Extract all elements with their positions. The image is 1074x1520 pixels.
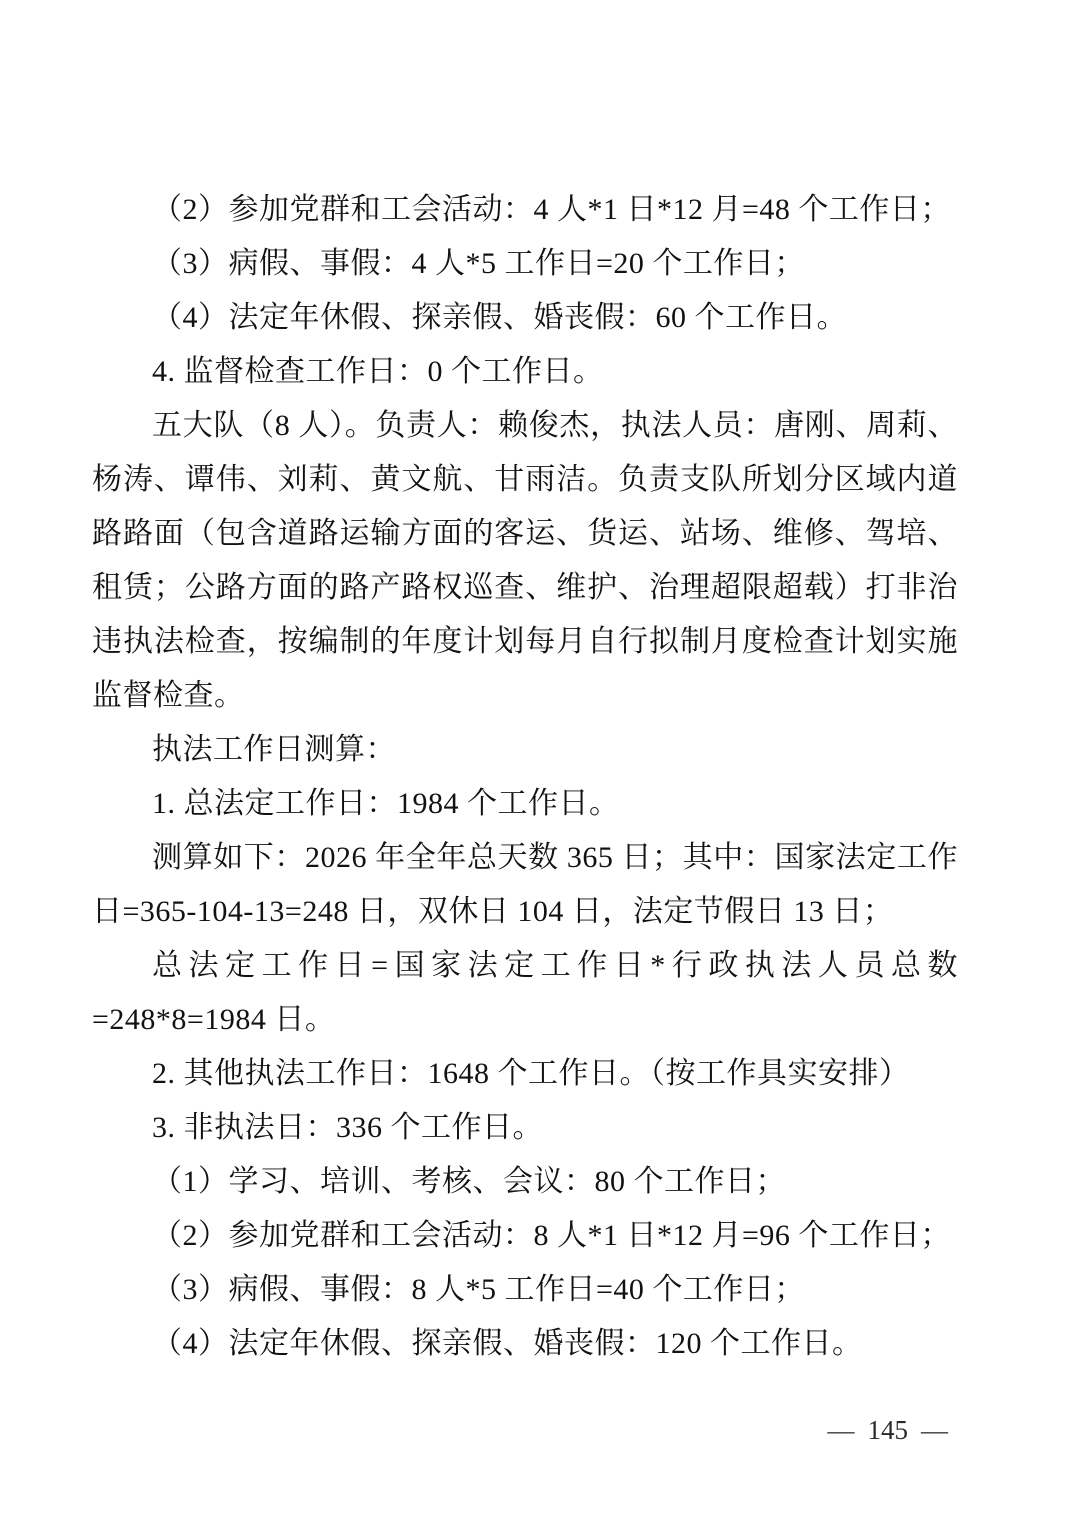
paragraph: （3）病假、事假：8 人*5 工作日=40 个工作日； [92,1263,958,1317]
text-line: （3）病假、事假：4 人*5 工作日=20 个工作日； [92,237,958,291]
text-line: 租赁；公路方面的路产路权巡查、维护、治理超限超载）打非治 [92,561,958,615]
paragraph: 4. 监督检查工作日：0 个工作日。 [92,345,958,399]
document-page: （2）参加党群和工会活动：4 人*1 日*12 月=48 个工作日；（3）病假、… [0,0,1074,1520]
paragraph: 3. 非执法日：336 个工作日。 [92,1101,958,1155]
text-line: 路路面（包含道路运输方面的客运、货运、站场、维修、驾培、 [92,507,958,561]
paragraph: 测算如下：2026 年全年总天数 365 日；其中：国家法定工作日=365-10… [92,831,958,939]
footer-dash-right-icon: — [921,1415,948,1445]
text-line: 4. 监督检查工作日：0 个工作日。 [92,345,958,399]
text-line: 测算如下：2026 年全年总天数 365 日；其中：国家法定工作 [92,831,958,885]
text-line: （4）法定年休假、探亲假、婚丧假：60 个工作日。 [92,291,958,345]
text-line: 2. 其他执法工作日：1648 个工作日。（按工作具实安排） [92,1047,958,1101]
paragraph: （3）病假、事假：4 人*5 工作日=20 个工作日； [92,237,958,291]
paragraph: （2）参加党群和工会活动：4 人*1 日*12 月=48 个工作日； [92,183,958,237]
paragraph: （4）法定年休假、探亲假、婚丧假：120 个工作日。 [92,1317,958,1371]
text-line: （1）学习、培训、考核、会议：80 个工作日； [92,1155,958,1209]
text-line: 监督检查。 [92,669,958,723]
text-line: 五大队（8 人）。负责人：赖俊杰，执法人员：唐刚、周莉、 [92,399,958,453]
footer-dash-left-icon: — [828,1415,855,1445]
text-line: 总法定工作日=国家法定工作日*行政执法人员总数 [92,939,958,993]
text-line: =248*8=1984 日。 [92,993,958,1047]
text-line: 3. 非执法日：336 个工作日。 [92,1101,958,1155]
paragraph: 总法定工作日=国家法定工作日*行政执法人员总数=248*8=1984 日。 [92,939,958,1047]
text-line: （2）参加党群和工会活动：8 人*1 日*12 月=96 个工作日； [92,1209,958,1263]
text-line: 日=365-104-13=248 日，双休日 104 日，法定节假日 13 日； [92,885,958,939]
page-footer: —145— [828,1413,949,1447]
paragraph: 1. 总法定工作日：1984 个工作日。 [92,777,958,831]
text-line: 杨涛、谭伟、刘莉、黄文航、甘雨洁。负责支队所划分区域内道 [92,453,958,507]
document-body: （2）参加党群和工会活动：4 人*1 日*12 月=48 个工作日；（3）病假、… [92,183,958,1371]
paragraph: （2）参加党群和工会活动：8 人*1 日*12 月=96 个工作日； [92,1209,958,1263]
page-number: 145 [868,1415,909,1445]
text-line: 1. 总法定工作日：1984 个工作日。 [92,777,958,831]
text-line: 执法工作日测算： [92,723,958,777]
text-line: （4）法定年休假、探亲假、婚丧假：120 个工作日。 [92,1317,958,1371]
text-line: （2）参加党群和工会活动：4 人*1 日*12 月=48 个工作日； [92,183,958,237]
paragraph: 2. 其他执法工作日：1648 个工作日。（按工作具实安排） [92,1047,958,1101]
paragraph: （1）学习、培训、考核、会议：80 个工作日； [92,1155,958,1209]
text-line: 违执法检查，按编制的年度计划每月自行拟制月度检查计划实施 [92,615,958,669]
text-line: （3）病假、事假：8 人*5 工作日=40 个工作日； [92,1263,958,1317]
paragraph: （4）法定年休假、探亲假、婚丧假：60 个工作日。 [92,291,958,345]
paragraph: 执法工作日测算： [92,723,958,777]
paragraph: 五大队（8 人）。负责人：赖俊杰，执法人员：唐刚、周莉、杨涛、谭伟、刘莉、黄文航… [92,399,958,723]
